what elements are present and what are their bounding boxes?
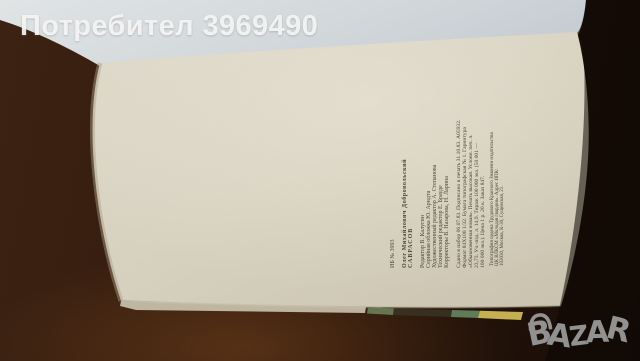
listing-photo: Потребител 3969490 ИБ № 3993 Олег Михайл… (0, 0, 640, 361)
colophon-title-line: САВРАСОВ (408, 58, 414, 268)
shopping-bag-handle-icon (526, 312, 553, 331)
cover-edge-green-2 (451, 310, 480, 318)
page-highlight (93, 32, 589, 308)
cover-edge-yellow (478, 311, 523, 320)
colophon-line: 103030, Москва, К-30, Сущевская, 21. (500, 58, 505, 266)
user-watermark: Потребител 3969490 (20, 10, 318, 43)
bazar-logo: BAZAR (527, 313, 640, 359)
colophon-line: Корректоры В. Назарова, Н. Ларина (444, 58, 450, 268)
colophon-line: ИБ № 3993 (390, 58, 396, 268)
photo-background (0, 0, 640, 361)
book-colophon: ИБ № 3993 Олег Михайлович Добровольский … (390, 58, 512, 268)
colophon-line: 100 000 экз.). Цена 1 р. 20 к. Заказ 847… (480, 58, 486, 268)
cover-edge-dark (393, 309, 452, 318)
